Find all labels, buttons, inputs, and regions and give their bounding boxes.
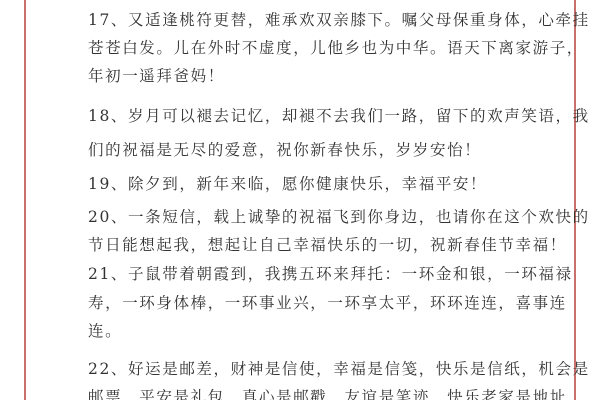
text-line: 18、岁月可以褪去记忆，却褪不去我们一路，留下的欢声笑语，我 <box>88 106 590 126</box>
text-line: 20、一条短信，载上诚挚的祝福飞到你身边，也请你在这个欢快的 <box>88 207 590 227</box>
page-border-right <box>574 0 576 400</box>
text-line: 21、子鼠带着朝霞到，我携五环来拜托：一环金和银，一环福禄 <box>88 264 573 284</box>
text-line: 19、除夕到，新年来临，愿你健康快乐，幸福平安！ <box>88 174 487 194</box>
text-line: 们的祝福是无尽的爱意，祝你新春快乐，岁岁安怡！ <box>88 140 481 160</box>
text-line: 连。 <box>88 321 122 341</box>
page-border-left <box>24 0 26 400</box>
text-line: 邮票，平安是礼包，真心是邮戳，友谊是笔迹，快乐老家是地址 <box>88 387 567 400</box>
text-line: 年初一遥拜爸妈！ <box>88 66 225 86</box>
text-line: 寿，一环身体棒，一环事业兴，一环享太平，环环连连，喜事连 <box>88 293 567 313</box>
text-line: 苍苍白发。儿在外时不虚度，儿他乡也为中华。语天下离家游子， <box>88 38 584 58</box>
text-line: 17、又适逢桃符更替，难承欢双亲膝下。嘱父母保重身体，心牵挂 <box>88 10 590 30</box>
text-line: 节日能想起我，想起让自己幸福快乐的一切，祝新春佳节幸福！ <box>88 235 567 255</box>
text-line: 22、好运是邮差，财神是信使，幸福是信笺，快乐是信纸，机会是 <box>88 359 590 379</box>
